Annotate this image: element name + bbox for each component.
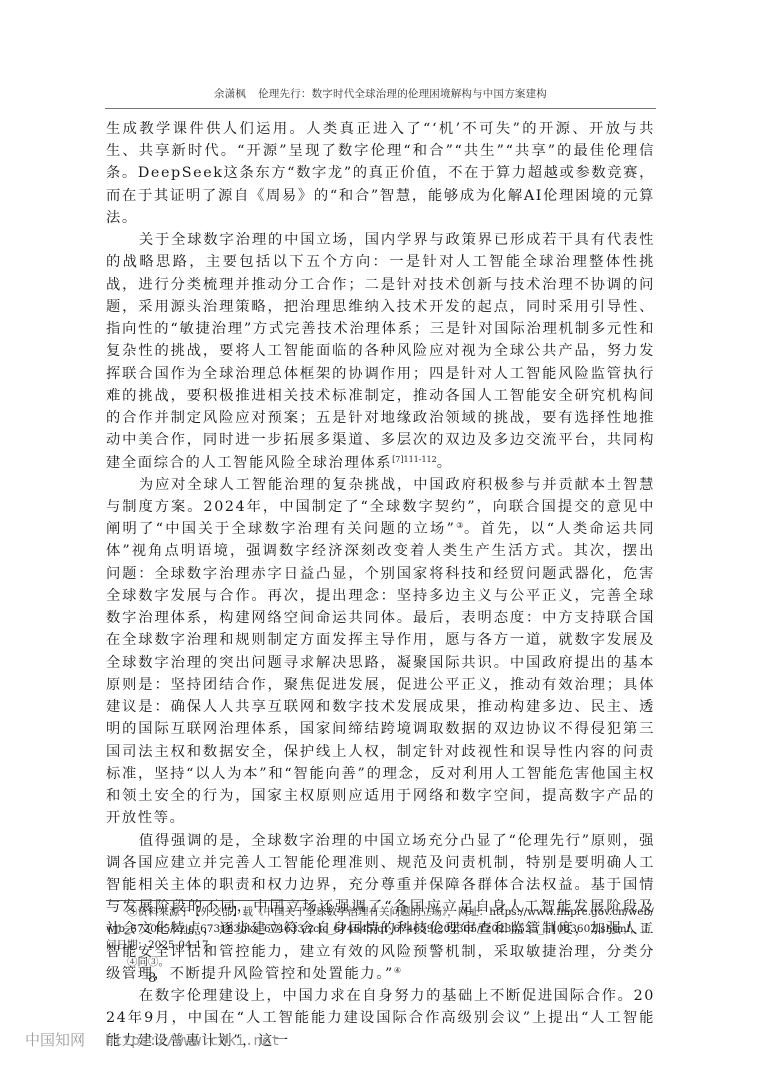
cnki-watermark: 中国知网https://www.cnki.net — [25, 1029, 280, 1050]
paragraph-2: 关于全球数字治理的中国立场，国内学界与政策界已形成若干具有代表性的战略思路，主要… — [106, 229, 655, 474]
page-number: 8 — [148, 971, 156, 986]
paragraph-text: 。首先，以“人类命运共同体”视角点明语境，强调数字经济深刻改变着人类生产生活方式… — [106, 521, 655, 826]
paragraph-text: 关于全球数字治理的中国立场，国内学界与政策界已形成若干具有代表性的战略思路，主要… — [106, 232, 655, 470]
paragraph-3: 为应对全球人工智能治理的复杂挑战，中国政府积极参与并贡献本土智慧与制度方案。20… — [106, 474, 655, 830]
running-head-author: 余潇枫 — [214, 88, 246, 100]
footnote-rule — [106, 900, 308, 901]
paragraph-1: 生成教学课件供人们运用。人类真正进入了“‘机’不可失”的开源、开放与共生、共享新… — [106, 118, 655, 229]
footnote-ref-3[interactable]: ③ — [456, 521, 464, 530]
running-head-title: 伦理先行：数字时代全球治理的伦理困境解构与中国方案建构 — [258, 88, 547, 100]
paragraph-text: 生成教学课件供人们运用。人类真正进入了“‘机’不可失”的开源、开放与共生、共享新… — [106, 121, 655, 226]
footnote-3: ③资料来源于【外交部】载《中国关于全球数字治理有关问题的立场》，网址：https… — [106, 904, 655, 954]
watermark-name: 中国知网 — [25, 1031, 85, 1049]
footnote-4: ④同③。 — [106, 954, 655, 971]
citation-ref-7[interactable]: [7]111-112 — [392, 455, 437, 464]
paragraph-text: 。 — [437, 455, 453, 471]
header-rule — [105, 108, 656, 109]
running-head: 余潇枫伦理先行：数字时代全球治理的伦理困境解构与中国方案建构 — [105, 86, 656, 101]
footnotes: ③资料来源于【外交部】载《中国关于全球数字治理有关问题的立场》，网址：https… — [106, 904, 655, 970]
watermark-url: https://www.cnki.net — [105, 1033, 280, 1049]
